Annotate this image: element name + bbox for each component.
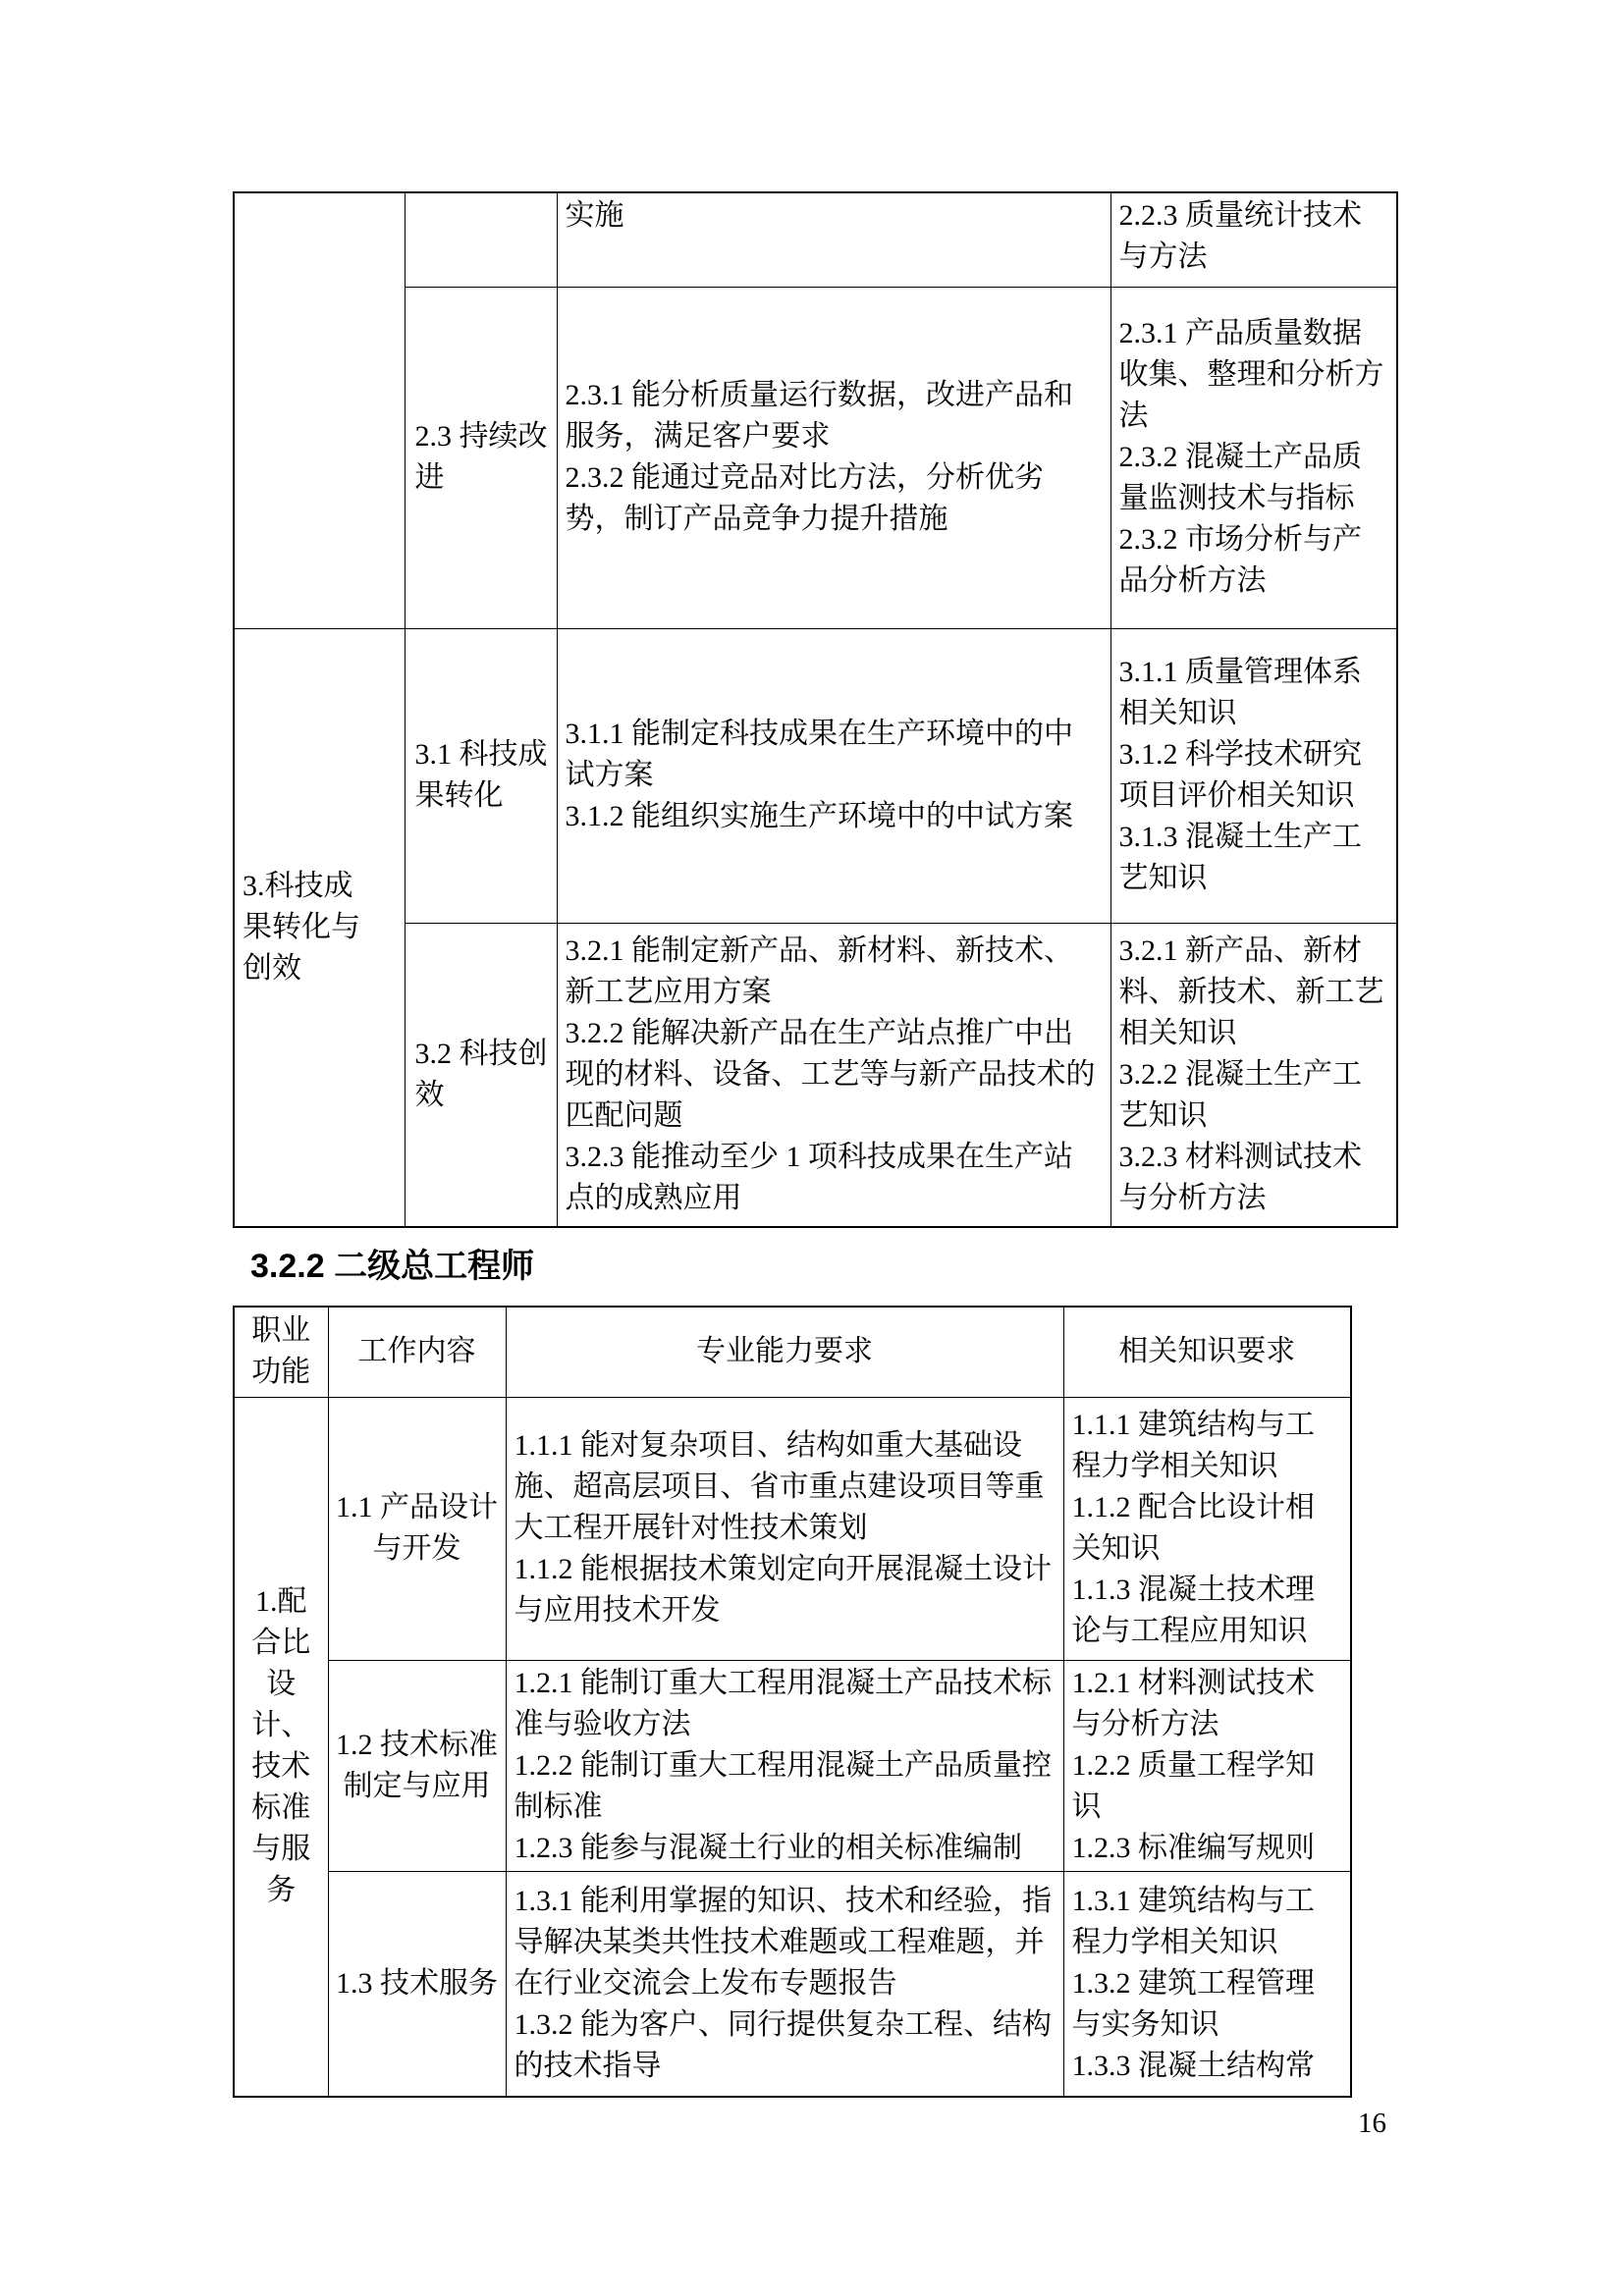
competency-table-level2-chief-engineer: 职业 功能 工作内容 专业能力要求 相关知识要求 1.配 合比 设 计、 技术 … bbox=[233, 1306, 1352, 2098]
knowledge-cell-1-2: 1.2.1 材料测试技术与分析方法 1.2.2 质量工程学知识 1.2.3 标准… bbox=[1063, 1660, 1351, 1871]
function-cell-3-tech-achievements: 3.科技成 果转化与 创效 bbox=[234, 628, 405, 1227]
header-related-knowledge: 相关知识要求 bbox=[1063, 1307, 1351, 1397]
ability-cell-continuation: 实施 bbox=[557, 192, 1110, 287]
function-cell-1-mix-design: 1.配 合比 设 计、 技术 标准 与服 务 bbox=[234, 1397, 328, 2097]
knowledge-cell-2-3: 2.3.1 产品质量数据收集、整理和分析方法 2.3.2 混凝土产品质量监测技术… bbox=[1110, 287, 1397, 628]
table-row: 3.2 科技创效 3.2.1 能制定新产品、新材料、新技术、新工艺应用方案 3.… bbox=[234, 923, 1397, 1227]
work-content-cell-2-3: 2.3 持续改进 bbox=[405, 287, 557, 628]
ability-cell-3-2: 3.2.1 能制定新产品、新材料、新技术、新工艺应用方案 3.2.2 能解决新产… bbox=[557, 923, 1110, 1227]
ability-cell-2-3: 2.3.1 能分析质量运行数据，改进产品和服务，满足客户要求 2.3.2 能通过… bbox=[557, 287, 1110, 628]
competency-table-continued: 实施 2.2.3 质量统计技术与方法 2.3 持续改进 2.3.1 能分析质量运… bbox=[233, 191, 1398, 1228]
table-row: 3.科技成 果转化与 创效 3.1 科技成果转化 3.1.1 能制定科技成果在生… bbox=[234, 628, 1397, 923]
knowledge-cell-2-2-3: 2.2.3 质量统计技术与方法 bbox=[1110, 192, 1397, 287]
work-content-cell-3-1: 3.1 科技成果转化 bbox=[405, 628, 557, 923]
work-content-cell-1-3: 1.3 技术服务 bbox=[328, 1871, 506, 2097]
ability-cell-1-1: 1.1.1 能对复杂项目、结构如重大基础设施、超高层项目、省市重点建设项目等重大… bbox=[506, 1397, 1063, 1660]
ability-cell-1-2: 1.2.1 能制订重大工程用混凝土产品技术标准与验收方法 1.2.2 能制订重大… bbox=[506, 1660, 1063, 1871]
function-cell-empty-continuation bbox=[234, 192, 405, 628]
knowledge-cell-3-2: 3.2.1 新产品、新材料、新技术、新工艺相关知识 3.2.2 混凝土生产工艺知… bbox=[1110, 923, 1397, 1227]
ability-cell-3-1: 3.1.1 能制定科技成果在生产环境中的中试方案 3.1.2 能组织实施生产环境… bbox=[557, 628, 1110, 923]
header-work-content: 工作内容 bbox=[328, 1307, 506, 1397]
table-row: 2.3 持续改进 2.3.1 能分析质量运行数据，改进产品和服务，满足客户要求 … bbox=[234, 287, 1397, 628]
header-occupational-function: 职业 功能 bbox=[234, 1307, 328, 1397]
work-content-cell-3-2: 3.2 科技创效 bbox=[405, 923, 557, 1227]
work-content-cell-1-1: 1.1 产品设计与开发 bbox=[328, 1397, 506, 1660]
table-header-row: 职业 功能 工作内容 专业能力要求 相关知识要求 bbox=[234, 1307, 1351, 1397]
ability-cell-1-3: 1.3.1 能利用掌握的知识、技术和经验，指导解决某类共性技术难题或工程难题，并… bbox=[506, 1871, 1063, 2097]
work-content-cell-continuation bbox=[405, 192, 557, 287]
knowledge-cell-1-3: 1.3.1 建筑结构与工程力学相关知识 1.3.2 建筑工程管理与实务知识 1.… bbox=[1063, 1871, 1351, 2097]
knowledge-cell-3-1: 3.1.1 质量管理体系相关知识 3.1.2 科学技术研究项目评价相关知识 3.… bbox=[1110, 628, 1397, 923]
table-row: 1.配 合比 设 计、 技术 标准 与服 务 1.1 产品设计与开发 1.1.1… bbox=[234, 1397, 1351, 1660]
table-row: 实施 2.2.3 质量统计技术与方法 bbox=[234, 192, 1397, 287]
header-professional-ability: 专业能力要求 bbox=[506, 1307, 1063, 1397]
work-content-cell-1-2: 1.2 技术标准制定与应用 bbox=[328, 1660, 506, 1871]
knowledge-cell-1-1: 1.1.1 建筑结构与工程力学相关知识 1.1.2 配合比设计相关知识 1.1.… bbox=[1063, 1397, 1351, 1660]
table-row: 1.3 技术服务 1.3.1 能利用掌握的知识、技术和经验，指导解决某类共性技术… bbox=[234, 1871, 1351, 2097]
page-number: 16 bbox=[1358, 2107, 1386, 2140]
section-heading: 3.2.2 二级总工程师 bbox=[250, 1245, 534, 1288]
table-row: 1.2 技术标准制定与应用 1.2.1 能制订重大工程用混凝土产品技术标准与验收… bbox=[234, 1660, 1351, 1871]
